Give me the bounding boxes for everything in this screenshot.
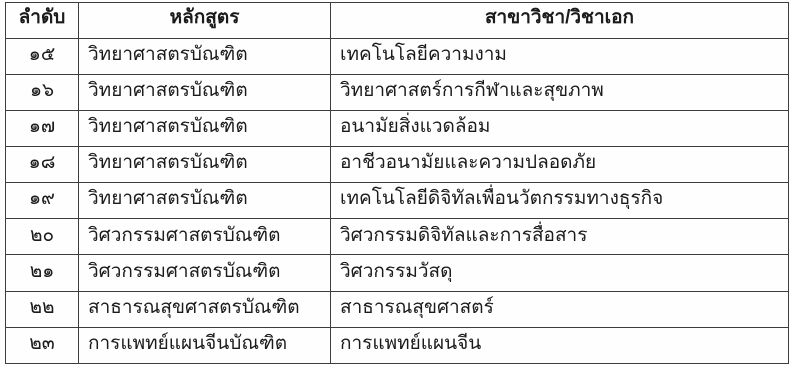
table-header: ลำดับ หลักสูตร สาขาวิชา/วิชาเอก [6,3,789,39]
table-row: ๑๗ วิทยาศาสตรบัณฑิต อนามัยสิ่งแวดล้อม [6,110,789,146]
table-row: ๒๐ วิศวกรรมศาสตรบัณฑิต วิศวกรรมดิจิทัลแล… [6,219,789,255]
table-row: ๒๒ สาธารณสุขศาสตรบัณฑิต สาธารณสุขศาสตร์ [6,291,789,327]
cell-major: อาชีวอนามัยและความปลอดภัย [331,147,789,183]
cell-major: สาธารณสุขศาสตร์ [331,291,789,327]
column-header-order: ลำดับ [6,3,79,39]
cell-major: เทคโนโลยีดิจิทัลเพื่อนวัตกรรมทางธุรกิจ [331,183,789,219]
cell-major: การแพทย์แผนจีน [331,327,789,363]
cell-major: วิทยาศาสตร์การกีฬาและสุขภาพ [331,74,789,110]
cell-program: การแพทย์แผนจีนบัณฑิต [79,327,331,363]
cell-program: วิทยาศาสตรบัณฑิต [79,147,331,183]
table-row: ๑๕ วิทยาศาสตรบัณฑิต เทคโนโลยีความงาม [6,38,789,74]
program-table: ลำดับ หลักสูตร สาขาวิชา/วิชาเอก ๑๕ วิทยา… [5,2,789,364]
table-body: ๑๕ วิทยาศาสตรบัณฑิต เทคโนโลยีความงาม ๑๖ … [6,38,789,363]
column-header-major: สาขาวิชา/วิชาเอก [331,3,789,39]
cell-program: สาธารณสุขศาสตรบัณฑิต [79,291,331,327]
table-row: ๒๑ วิศวกรรมศาสตรบัณฑิต วิศวกรรมวัสดุ [6,255,789,291]
table-row: ๑๘ วิทยาศาสตรบัณฑิต อาชีวอนามัยและความปล… [6,147,789,183]
table-row: ๒๓ การแพทย์แผนจีนบัณฑิต การแพทย์แผนจีน [6,327,789,363]
column-header-program: หลักสูตร [79,3,331,39]
cell-order: ๒๑ [6,255,79,291]
cell-order: ๒๒ [6,291,79,327]
scanned-page: ลำดับ หลักสูตร สาขาวิชา/วิชาเอก ๑๕ วิทยา… [0,0,791,367]
cell-order: ๑๗ [6,110,79,146]
cell-order: ๒๐ [6,219,79,255]
cell-order: ๑๘ [6,147,79,183]
cell-program: วิทยาศาสตรบัณฑิต [79,74,331,110]
header-row: ลำดับ หลักสูตร สาขาวิชา/วิชาเอก [6,3,789,39]
cell-order: ๑๕ [6,38,79,74]
cell-program: วิศวกรรมศาสตรบัณฑิต [79,255,331,291]
cell-major: เทคโนโลยีความงาม [331,38,789,74]
cell-order: ๑๖ [6,74,79,110]
cell-major: วิศวกรรมดิจิทัลและการสื่อสาร [331,219,789,255]
cell-major: อนามัยสิ่งแวดล้อม [331,110,789,146]
cell-order: ๒๓ [6,327,79,363]
table-row: ๑๖ วิทยาศาสตรบัณฑิต วิทยาศาสตร์การกีฬาแล… [6,74,789,110]
cell-program: วิทยาศาสตรบัณฑิต [79,110,331,146]
cell-program: วิทยาศาสตรบัณฑิต [79,183,331,219]
table-row: ๑๙ วิทยาศาสตรบัณฑิต เทคโนโลยีดิจิทัลเพื่… [6,183,789,219]
cell-program: วิศวกรรมศาสตรบัณฑิต [79,219,331,255]
cell-major: วิศวกรรมวัสดุ [331,255,789,291]
cell-program: วิทยาศาสตรบัณฑิต [79,38,331,74]
cell-order: ๑๙ [6,183,79,219]
